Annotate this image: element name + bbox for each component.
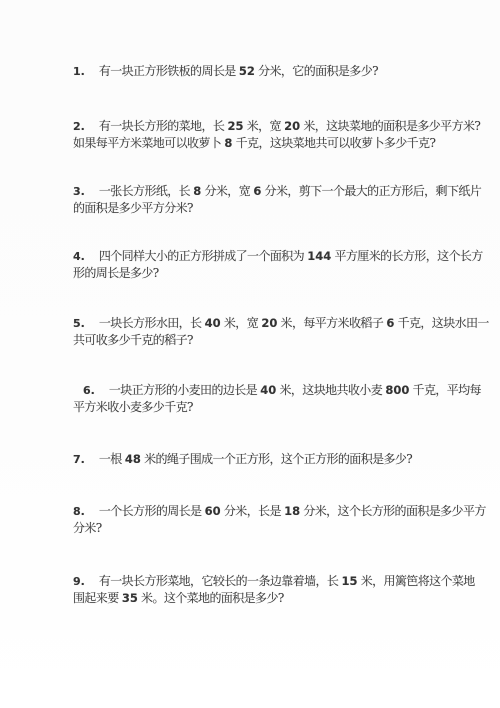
inline-number: 6 — [386, 316, 394, 330]
inline-number: 20 — [284, 119, 300, 133]
question-item: 6.一块正方形的小麦田的边长是 40 米，这块地共收小麦 800 千克，平均每平… — [73, 382, 453, 415]
question-text: 四个同样大小的正方形拼成了一个面积为 144 平方厘米的长方形，这个长方 — [99, 249, 483, 263]
question-number: 8. — [73, 504, 85, 520]
question-first-line: 8.一个长方形的周长是 60 分米，长是 18 分米，这个长方形的面积是多少平方 — [73, 503, 453, 520]
question-number: 4. — [73, 249, 85, 265]
question-first-line: 1.有一块正方形铁板的周长是 52 分米，它的面积是多少? — [73, 63, 453, 80]
question-first-line: 7.一根 48 米的绳子围成一个正方形，这个正方形的面积是多少? — [73, 451, 453, 468]
question-item: 1.有一块正方形铁板的周长是 52 分米，它的面积是多少? — [73, 63, 453, 80]
question-text: 一根 48 米的绳子围成一个正方形，这个正方形的面积是多少? — [99, 452, 412, 466]
inline-number: 52 — [239, 64, 255, 78]
question-number: 3. — [73, 184, 85, 200]
question-first-line: 9.有一块长方形菜地，它较长的一条边靠着墙，长 15 米，用篱笆将这个菜地 — [73, 573, 453, 590]
inline-number: 144 — [307, 249, 331, 263]
question-number: 2. — [73, 119, 85, 135]
question-item: 2.有一块长方形的菜地，长 25 米，宽 20 米，这块菜地的面积是多少平方米?… — [73, 118, 453, 151]
inline-number: 15 — [341, 574, 357, 588]
worksheet-page: 1.有一块正方形铁板的周长是 52 分米，它的面积是多少?2.有一块长方形的菜地… — [0, 0, 500, 708]
inline-number: 25 — [227, 119, 243, 133]
inline-number: 40 — [260, 383, 276, 397]
inline-number: 60 — [205, 504, 221, 518]
inline-number: 40 — [205, 316, 221, 330]
inline-number: 20 — [261, 316, 277, 330]
question-text: 有一块长方形菜地，它较长的一条边靠着墙，长 15 米，用篱笆将这个菜地 — [99, 574, 475, 588]
question-number: 9. — [73, 574, 85, 590]
question-number: 7. — [73, 452, 85, 468]
question-continuation-line: 平方米收小麦多少千克? — [73, 399, 453, 415]
inline-number: 8 — [224, 136, 232, 150]
inline-number: 48 — [125, 452, 141, 466]
inline-number: 8 — [193, 184, 201, 198]
question-continuation-line: 如果每平方米菜地可以收萝卜 8 千克，这块菜地共可以收萝卜多少千克? — [73, 135, 453, 151]
question-item: 8.一个长方形的周长是 60 分米，长是 18 分米，这个长方形的面积是多少平方… — [73, 503, 453, 536]
question-item: 3.一张长方形纸，长 8 分米，宽 6 分米，剪下一个最大的正方形后，剩下纸片的… — [73, 183, 453, 216]
question-item: 9.有一块长方形菜地，它较长的一条边靠着墙，长 15 米，用篱笆将这个菜地围起来… — [73, 573, 453, 606]
question-item: 7.一根 48 米的绳子围成一个正方形，这个正方形的面积是多少? — [73, 451, 453, 468]
question-continuation-line: 共可收多少千克的稻子? — [73, 332, 453, 348]
question-item: 5.一块长方形水田，长 40 米，宽 20 米，每平方米收稻子 6 千克，这块水… — [73, 315, 453, 348]
question-continuation-line: 围起来要 35 米。这个菜地的面积是多少? — [73, 590, 453, 606]
question-continuation-line: 形的周长是多少? — [73, 265, 453, 281]
inline-number: 18 — [284, 504, 300, 518]
question-first-line: 6.一块正方形的小麦田的边长是 40 米，这块地共收小麦 800 千克，平均每 — [73, 382, 453, 399]
inline-number: 800 — [385, 383, 409, 397]
question-text: 有一块正方形铁板的周长是 52 分米，它的面积是多少? — [99, 64, 378, 78]
question-text: 一块长方形水田，长 40 米，宽 20 米，每平方米收稻子 6 千克，这块水田一 — [99, 316, 489, 330]
question-first-line: 4.四个同样大小的正方形拼成了一个面积为 144 平方厘米的长方形，这个长方 — [73, 248, 453, 265]
inline-number: 6 — [253, 184, 261, 198]
question-continuation-line: 的面积是多少平方分米? — [73, 200, 453, 216]
question-item: 4.四个同样大小的正方形拼成了一个面积为 144 平方厘米的长方形，这个长方形的… — [73, 248, 453, 281]
question-number: 1. — [73, 64, 85, 80]
question-number: 5. — [73, 316, 85, 332]
question-text: 一个长方形的周长是 60 分米，长是 18 分米，这个长方形的面积是多少平方 — [99, 504, 486, 518]
question-first-line: 2.有一块长方形的菜地，长 25 米，宽 20 米，这块菜地的面积是多少平方米? — [73, 118, 453, 135]
question-number: 6. — [83, 383, 95, 399]
question-text: 一块正方形的小麦田的边长是 40 米，这块地共收小麦 800 千克，平均每 — [109, 383, 481, 397]
question-first-line: 3.一张长方形纸，长 8 分米，宽 6 分米，剪下一个最大的正方形后，剩下纸片 — [73, 183, 453, 200]
question-first-line: 5.一块长方形水田，长 40 米，宽 20 米，每平方米收稻子 6 千克，这块水… — [73, 315, 453, 332]
question-continuation-line: 分米? — [73, 520, 453, 536]
inline-number: 35 — [122, 591, 138, 605]
question-text: 有一块长方形的菜地，长 25 米，宽 20 米，这块菜地的面积是多少平方米? — [99, 119, 480, 133]
question-text: 一张长方形纸，长 8 分米，宽 6 分米，剪下一个最大的正方形后，剩下纸片 — [99, 184, 481, 198]
